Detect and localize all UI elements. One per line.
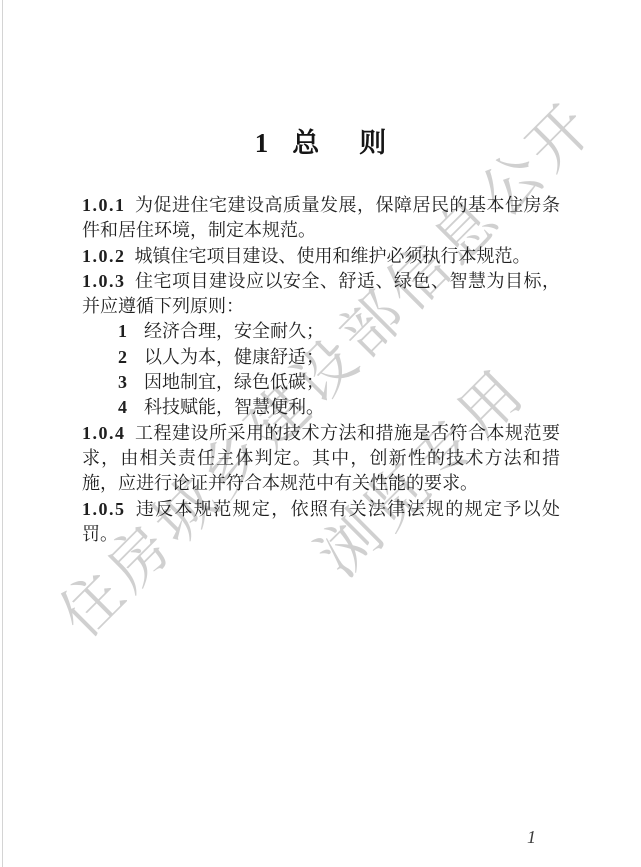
list-item-3: 3因地制宜，绿色低碳； (82, 370, 560, 395)
clause-1-0-3: 1.0.3住宅项目建设应以安全、舒适、绿色、智慧为目标，并应遵循下列原则： (82, 269, 560, 320)
clause-number: 1.0.2 (82, 246, 126, 266)
clause-text: 工程建设所采用的技术方法和措施是否符合本规范要求，由相关责任主体判定。其中，创新… (82, 423, 560, 494)
clause-1-0-1: 1.0.1为促进住宅建设高质量发展，保障居民的基本住房条件和居住环境，制定本规范… (82, 193, 560, 244)
clause-text: 住宅项目建设应以安全、舒适、绿色、智慧为目标，并应遵循下列原则： (82, 271, 560, 316)
document-body: 1.0.1为促进住宅建设高质量发展，保障居民的基本住房条件和居住环境，制定本规范… (82, 193, 560, 547)
chapter-title-char-1: 总 (292, 129, 319, 159)
list-item-text: 科技赋能，智慧便利。 (144, 397, 324, 417)
list-item-number: 3 (118, 372, 127, 392)
document-page: 住房城乡建设部信息公开 浏览专用 1 总 则 1.0.1为促进住宅建设高质量发展… (0, 0, 641, 867)
list-item-4: 4科技赋能，智慧便利。 (82, 395, 560, 420)
list-item-2: 2以人为本，健康舒适； (82, 345, 560, 370)
page-number: 1 (527, 827, 536, 848)
chapter-number: 1 (255, 129, 269, 159)
list-item-number: 2 (118, 347, 127, 367)
clause-number: 1.0.5 (82, 499, 126, 519)
clause-text: 为促进住宅建设高质量发展，保障居民的基本住房条件和居住环境，制定本规范。 (82, 195, 560, 240)
list-item-text: 经济合理，安全耐久； (144, 321, 324, 341)
clause-text: 城镇住宅项目建设、使用和维护必须执行本规范。 (135, 246, 531, 266)
chapter-title-char-2: 则 (359, 129, 386, 159)
clause-1-0-5: 1.0.5违反本规范规定，依照有关法律法规的规定予以处罚。 (82, 497, 560, 548)
clause-1-0-2: 1.0.2城镇住宅项目建设、使用和维护必须执行本规范。 (82, 244, 560, 269)
list-item-number: 1 (118, 321, 127, 341)
list-item-text: 以人为本，健康舒适； (144, 347, 324, 367)
clause-number: 1.0.3 (82, 271, 126, 291)
clause-number: 1.0.1 (82, 195, 126, 215)
list-item-text: 因地制宜，绿色低碳； (144, 372, 324, 392)
clause-text: 违反本规范规定，依照有关法律法规的规定予以处罚。 (82, 499, 560, 544)
chapter-title: 1 总 则 (0, 129, 641, 159)
clause-number: 1.0.4 (82, 423, 126, 443)
list-item-1: 1经济合理，安全耐久； (82, 319, 560, 344)
clause-1-0-4: 1.0.4工程建设所采用的技术方法和措施是否符合本规范要求，由相关责任主体判定。… (82, 421, 560, 497)
list-item-number: 4 (118, 397, 127, 417)
